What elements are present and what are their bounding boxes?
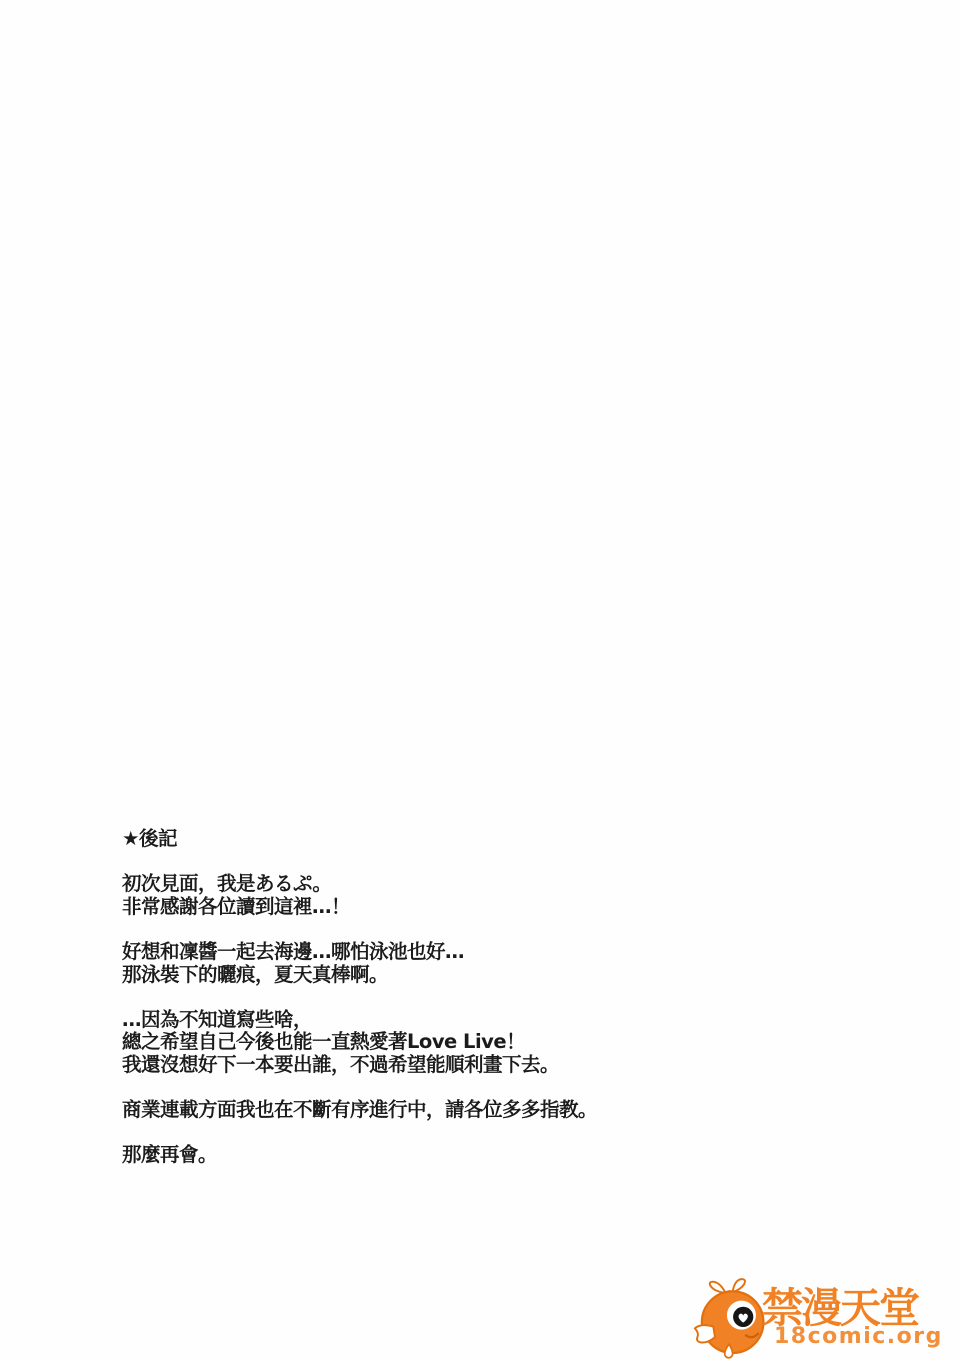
afterword-blank-line xyxy=(122,918,597,941)
mascot-whale-icon xyxy=(690,1272,770,1360)
afterword-heading: ★後記 xyxy=(122,828,597,851)
afterword-line: 初次見面，我是あるぷ。 xyxy=(122,873,597,896)
afterword-line: 我還沒想好下一本要出誰，不過希望能順利畫下去。 xyxy=(122,1054,597,1077)
afterword-blank-line xyxy=(122,851,597,874)
afterword-line: 總之希望自己今後也能一直熱愛著Love Live！ xyxy=(122,1031,597,1054)
afterword-line: 那泳裝下的曬痕，夏天真棒啊。 xyxy=(122,964,597,987)
afterword-blank-line xyxy=(122,1122,597,1145)
afterword-blank-line xyxy=(122,986,597,1009)
afterword-blank-line xyxy=(122,1077,597,1100)
afterword-line: 那麼再會。 xyxy=(122,1144,597,1167)
afterword-line: 非常感謝各位讀到這裡…！ xyxy=(122,896,597,919)
afterword-text-block: ★後記 初次見面，我是あるぷ。 非常感謝各位讀到這裡…！ 好想和凜醬一起去海邊…… xyxy=(122,828,597,1167)
afterword-line: 商業連載方面我也在不斷有序進行中，請各位多多指教。 xyxy=(122,1099,597,1122)
site-watermark: 禁漫天堂 18comic.org xyxy=(690,1270,930,1360)
site-name-logo: 禁漫天堂 xyxy=(762,1288,918,1329)
afterword-line: 好想和凜醬一起去海邊…哪怕泳池也好… xyxy=(122,941,597,964)
afterword-line: …因為不知道寫些啥， xyxy=(122,1009,597,1032)
site-url-logo: 18comic.org xyxy=(774,1326,943,1348)
page: ★後記 初次見面，我是あるぷ。 非常感謝各位讀到這裡…！ 好想和凜醬一起去海邊…… xyxy=(0,0,960,1360)
